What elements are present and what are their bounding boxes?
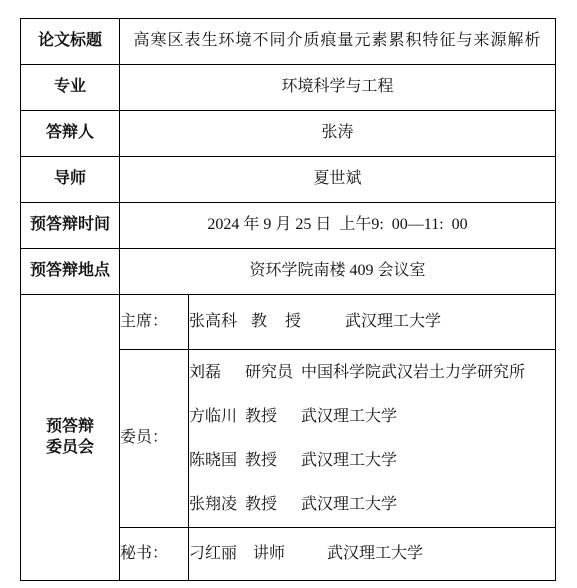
person-name: 张高科 xyxy=(189,312,251,333)
row-label-major: 专业 xyxy=(21,65,120,111)
row-value-text: 2024 年 9 月 25 日 上午9: 00—11: 00 xyxy=(207,216,467,233)
person-name: 方临川 xyxy=(189,395,245,439)
chair-role-label: 主席： xyxy=(120,313,168,330)
row-value-defender: 张涛 xyxy=(120,111,556,157)
row-value-text: 资环学院南楼 409 会议室 xyxy=(250,262,426,279)
chair-person-cell: 张高科教 授武汉理工大学 xyxy=(189,295,556,350)
row-value-defense-time: 2024 年 9 月 25 日 上午9: 00—11: 00 xyxy=(120,203,556,249)
table-row-thesis-title: 论文标题 高寒区表生环境不同介质痕量元素累积特征与来源解析 xyxy=(21,19,556,65)
members-person-cell: 刘磊研究员中国科学院武汉岩土力学研究所 方临川教授武汉理工大学 陈晓国教授武汉理… xyxy=(189,350,556,528)
row-label-text: 预答辩时间 xyxy=(30,216,110,233)
person-org: 武汉理工大学 xyxy=(345,313,441,330)
members-role-label-cell: 委员： xyxy=(120,350,189,528)
row-value-defense-location: 资环学院南楼 409 会议室 xyxy=(120,249,556,295)
person-title: 研究员 xyxy=(245,351,293,395)
row-label-text: 预答辩地点 xyxy=(30,262,110,279)
table-row-defense-location: 预答辩地点 资环学院南楼 409 会议室 xyxy=(21,249,556,295)
committee-member: 刘磊研究员中国科学院武汉岩土力学研究所 xyxy=(189,351,555,395)
row-value-text: 张涛 xyxy=(322,124,354,141)
committee-chair: 张高科教 授武汉理工大学 xyxy=(189,312,555,333)
row-value-text: 环境科学与工程 xyxy=(282,78,394,95)
person-title: 教授 xyxy=(245,483,293,527)
row-value-supervisor: 夏世斌 xyxy=(120,157,556,203)
row-label-text: 论文标题 xyxy=(38,32,102,49)
committee-member: 张翔凌教授武汉理工大学 xyxy=(189,483,555,527)
row-label-text: 答辩人 xyxy=(46,124,94,141)
members-role-label: 委员： xyxy=(120,429,168,446)
row-label-defense-location: 预答辩地点 xyxy=(21,249,120,295)
table-row-defense-time: 预答辩时间 2024 年 9 月 25 日 上午9: 00—11: 00 xyxy=(21,203,556,249)
table-row-supervisor: 导师 夏世斌 xyxy=(21,157,556,203)
person-title: 教 授 xyxy=(251,312,345,333)
secretary-role-label: 秘书： xyxy=(120,545,168,562)
row-label-supervisor: 导师 xyxy=(21,157,120,203)
person-org: 武汉理工大学 xyxy=(327,545,423,562)
committee-secretary: 刁红丽讲师武汉理工大学 xyxy=(189,544,555,565)
row-value-thesis-title: 高寒区表生环境不同介质痕量元素累积特征与来源解析 xyxy=(120,19,556,65)
person-org: 武汉理工大学 xyxy=(301,452,397,469)
person-org: 中国科学院武汉岩土力学研究所 xyxy=(301,364,525,381)
secretary-person-cell: 刁红丽讲师武汉理工大学 xyxy=(189,528,556,581)
row-label-thesis-title: 论文标题 xyxy=(21,19,120,65)
row-label-defense-time: 预答辩时间 xyxy=(21,203,120,249)
person-title: 教授 xyxy=(245,439,293,483)
committee-members-list: 刘磊研究员中国科学院武汉岩土力学研究所 方临川教授武汉理工大学 陈晓国教授武汉理… xyxy=(189,351,555,527)
person-org: 武汉理工大学 xyxy=(301,408,397,425)
chair-role-label-cell: 主席： xyxy=(120,295,189,350)
committee-label-cell: 预答辩 委员会 xyxy=(21,295,120,581)
row-label-defender: 答辩人 xyxy=(21,111,120,157)
table-row-major: 专业 环境科学与工程 xyxy=(21,65,556,111)
row-value-text: 高寒区表生环境不同介质痕量元素累积特征与来源解析 xyxy=(134,32,542,49)
committee-chair-row: 预答辩 委员会 主席： 张高科教 授武汉理工大学 xyxy=(21,295,556,350)
person-name: 刁红丽 xyxy=(189,544,253,565)
person-title: 讲师 xyxy=(253,544,327,565)
committee-member: 方临川教授武汉理工大学 xyxy=(189,395,555,439)
document-page: 论文标题 高寒区表生环境不同介质痕量元素累积特征与来源解析 专业 环境科学与工程… xyxy=(0,0,577,588)
row-label-text: 专业 xyxy=(54,78,86,95)
row-label-text: 导师 xyxy=(54,170,86,187)
person-name: 张翔凌 xyxy=(189,483,245,527)
person-name: 陈晓国 xyxy=(189,439,245,483)
committee-label-text: 预答辩 委员会 xyxy=(46,418,94,456)
row-value-major: 环境科学与工程 xyxy=(120,65,556,111)
person-org: 武汉理工大学 xyxy=(301,496,397,513)
person-name: 刘磊 xyxy=(189,351,245,395)
person-title: 教授 xyxy=(245,395,293,439)
defense-info-table: 论文标题 高寒区表生环境不同介质痕量元素累积特征与来源解析 专业 环境科学与工程… xyxy=(20,18,556,581)
row-value-text: 夏世斌 xyxy=(314,170,362,187)
secretary-role-label-cell: 秘书： xyxy=(120,528,189,581)
committee-member: 陈晓国教授武汉理工大学 xyxy=(189,439,555,483)
table-row-defender: 答辩人 张涛 xyxy=(21,111,556,157)
